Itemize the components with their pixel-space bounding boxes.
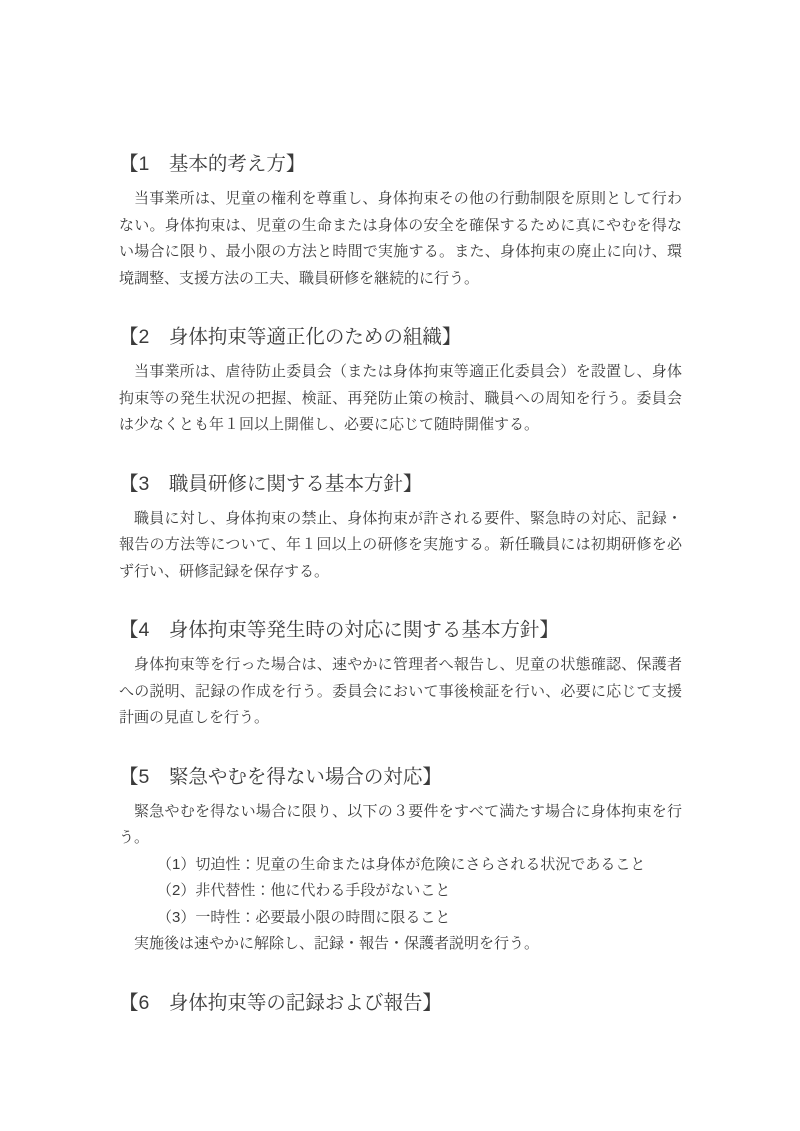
section-1-heading: 【1 基本的考え方】 [119,152,682,177]
section-4-heading: 【4 身体拘束等発生時の対応に関する基本方針】 [119,618,682,643]
section-organization: 【2 身体拘束等適正化のための組織】 当事業所は、虐待防止委員会（または身体拘束… [119,325,682,439]
section-4-paragraph: 身体拘束等を行った場合は、速やかに管理者へ報告し、児童の状態確認、保護者への説明… [119,652,682,732]
section-2-paragraph: 当事業所は、虐待防止委員会（または身体拘束等適正化委員会）を設置し、身体拘束等の… [119,359,682,439]
requirement-list: （1）切迫性：児童の生命または身体が危険にさらされる状況であること （2）非代替… [119,852,682,932]
section-records-reporting: 【6 身体拘束等の記録および報告】 [119,991,682,1016]
section-5-paragraph: 緊急やむを得ない場合に限り、以下の３要件をすべて満たす場合に身体拘束を行う。 [119,799,682,852]
section-emergency-cases: 【5 緊急やむを得ない場合の対応】 緊急やむを得ない場合に限り、以下の３要件をす… [119,765,682,958]
section-3-paragraph: 職員に対し、身体拘束の禁止、身体拘束が許される要件、緊急時の対応、記録・報告の方… [119,506,682,586]
section-1-paragraph: 当事業所は、児童の権利を尊重し、身体拘束その他の行動制限を原則として行わない。身… [119,186,682,292]
section-6-heading: 【6 身体拘束等の記録および報告】 [119,991,682,1016]
section-3-heading: 【3 職員研修に関する基本方針】 [119,472,682,497]
document-page: 【1 基本的考え方】 当事業所は、児童の権利を尊重し、身体拘束その他の行動制限を… [0,0,800,1131]
section-staff-training: 【3 職員研修に関する基本方針】 職員に対し、身体拘束の禁止、身体拘束が許される… [119,472,682,586]
section-incident-response: 【4 身体拘束等発生時の対応に関する基本方針】 身体拘束等を行った場合は、速やか… [119,618,682,732]
section-basic-policy: 【1 基本的考え方】 当事業所は、児童の権利を尊重し、身体拘束その他の行動制限を… [119,152,682,292]
requirement-item-non-substitutability: （2）非代替性：他に代わる手段がないこと [157,878,682,905]
section-2-heading: 【2 身体拘束等適正化のための組織】 [119,325,682,350]
requirement-item-temporariness: （3）一時性：必要最小限の時間に限ること [157,905,682,932]
section-5-heading: 【5 緊急やむを得ない場合の対応】 [119,765,682,790]
section-5-closing: 実施後は速やかに解除し、記録・報告・保護者説明を行う。 [119,931,682,958]
requirement-item-urgency: （1）切迫性：児童の生命または身体が危険にさらされる状況であること [157,852,682,879]
